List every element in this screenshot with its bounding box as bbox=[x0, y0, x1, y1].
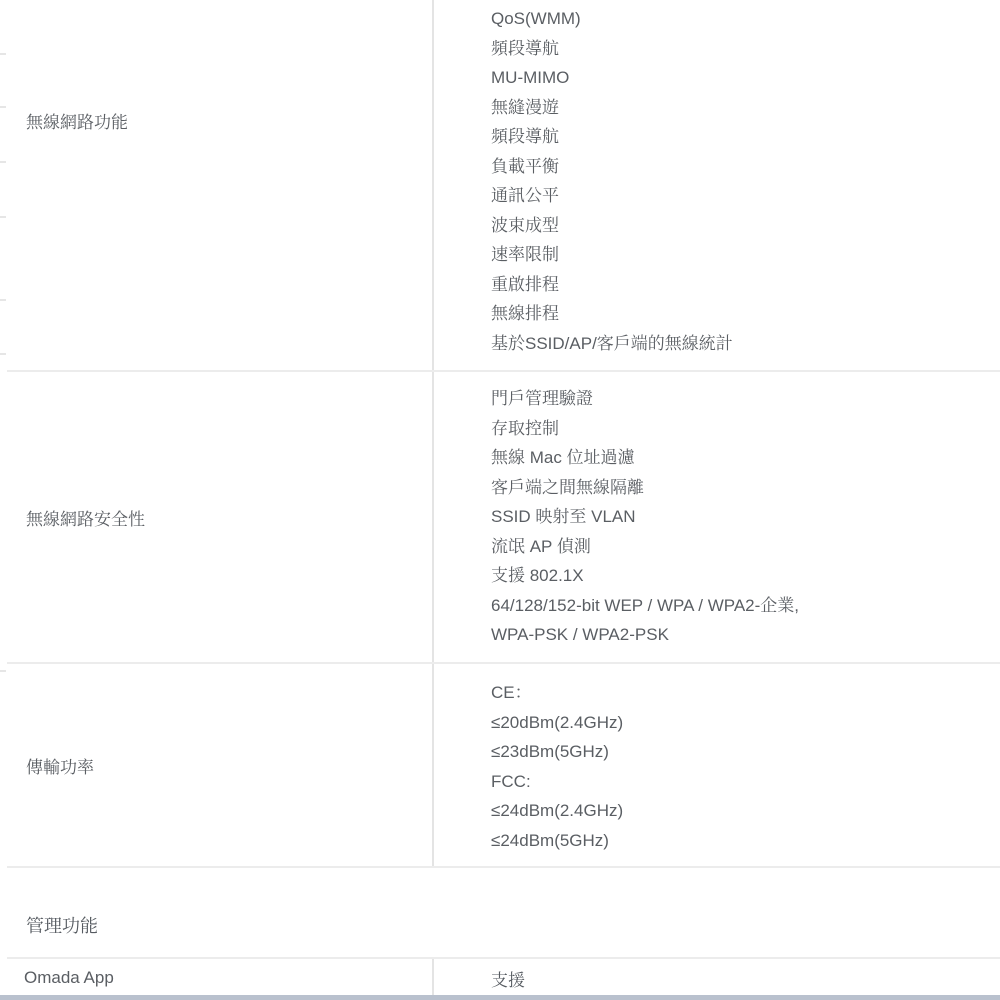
spec-value: 支援 bbox=[434, 959, 1000, 997]
spec-value: 波束成型 bbox=[491, 211, 1000, 241]
spec-value: CE： bbox=[491, 678, 1000, 708]
tick-mark bbox=[0, 299, 6, 301]
tick-mark bbox=[0, 106, 6, 108]
left-edge-ticks bbox=[0, 0, 6, 1000]
tick-mark bbox=[0, 353, 6, 355]
spec-value: MU-MIMO bbox=[491, 63, 1000, 93]
spec-value: 無線排程 bbox=[491, 299, 1000, 329]
spec-label: Omada App bbox=[7, 959, 434, 997]
spec-value: 客戶端之間無線隔離 bbox=[491, 473, 1000, 503]
spec-value: 無線 Mac 位址過濾 bbox=[491, 443, 1000, 473]
tick-mark bbox=[0, 161, 6, 163]
spec-value: 通訊公平 bbox=[491, 181, 1000, 211]
spec-values: 門戶管理驗證 存取控制 無線 Mac 位址過濾 客戶端之間無線隔離 SSID 映… bbox=[434, 372, 1000, 662]
tick-mark bbox=[0, 53, 6, 55]
spec-value: 存取控制 bbox=[491, 414, 1000, 444]
spec-value: 門戶管理驗證 bbox=[491, 384, 1000, 414]
spec-row-omada-app: Omada App 支援 bbox=[7, 957, 1000, 997]
spec-value: ≤23dBm(5GHz) bbox=[491, 737, 1000, 767]
spec-value: 64/128/152-bit WEP / WPA / WPA2-企業, bbox=[491, 591, 1000, 621]
spec-value: 頻段導航 bbox=[491, 122, 1000, 152]
spec-value: QoS(WMM) bbox=[491, 4, 1000, 34]
tick-mark bbox=[0, 670, 6, 672]
spec-value: WPA-PSK / WPA2-PSK bbox=[491, 620, 1000, 650]
section-title-management: 管理功能 bbox=[26, 912, 98, 938]
spec-value: FCC: bbox=[491, 767, 1000, 797]
spec-value: 流氓 AP 偵測 bbox=[491, 532, 1000, 562]
spec-table: 無線網路功能 QoS(WMM) 頻段導航 MU-MIMO 無縫漫遊 頻段導航 負… bbox=[7, 0, 1000, 868]
spec-row-transmit-power: 傳輸功率 CE： ≤20dBm(2.4GHz) ≤23dBm(5GHz) FCC… bbox=[7, 664, 1000, 868]
spec-row-wireless-security: 無線網路安全性 門戶管理驗證 存取控制 無線 Mac 位址過濾 客戶端之間無線隔… bbox=[7, 372, 1000, 664]
spec-value: 頻段導航 bbox=[491, 34, 1000, 64]
spec-value: 基於SSID/AP/客戶端的無線統計 bbox=[491, 329, 1000, 359]
tick-mark bbox=[0, 216, 6, 218]
spec-value: ≤20dBm(2.4GHz) bbox=[491, 708, 1000, 738]
spec-value: 速率限制 bbox=[491, 240, 1000, 270]
spec-value: SSID 映射至 VLAN bbox=[491, 502, 1000, 532]
spec-label: 無線網路安全性 bbox=[7, 372, 434, 662]
spec-value: 支援 802.1X bbox=[491, 561, 1000, 591]
spec-label: 無線網路功能 bbox=[7, 0, 434, 370]
spec-value: 負載平衡 bbox=[491, 152, 1000, 182]
spec-row-wireless-functions: 無線網路功能 QoS(WMM) 頻段導航 MU-MIMO 無縫漫遊 頻段導航 負… bbox=[7, 0, 1000, 372]
bottom-border bbox=[0, 995, 1000, 1000]
spec-value: 重啟排程 bbox=[491, 270, 1000, 300]
spec-value: ≤24dBm(5GHz) bbox=[491, 826, 1000, 856]
spec-values: QoS(WMM) 頻段導航 MU-MIMO 無縫漫遊 頻段導航 負載平衡 通訊公… bbox=[434, 0, 1000, 370]
spec-value: 無縫漫遊 bbox=[491, 93, 1000, 123]
spec-values: CE： ≤20dBm(2.4GHz) ≤23dBm(5GHz) FCC: ≤24… bbox=[434, 664, 1000, 866]
spec-label: 傳輸功率 bbox=[7, 664, 434, 866]
spec-value: ≤24dBm(2.4GHz) bbox=[491, 796, 1000, 826]
